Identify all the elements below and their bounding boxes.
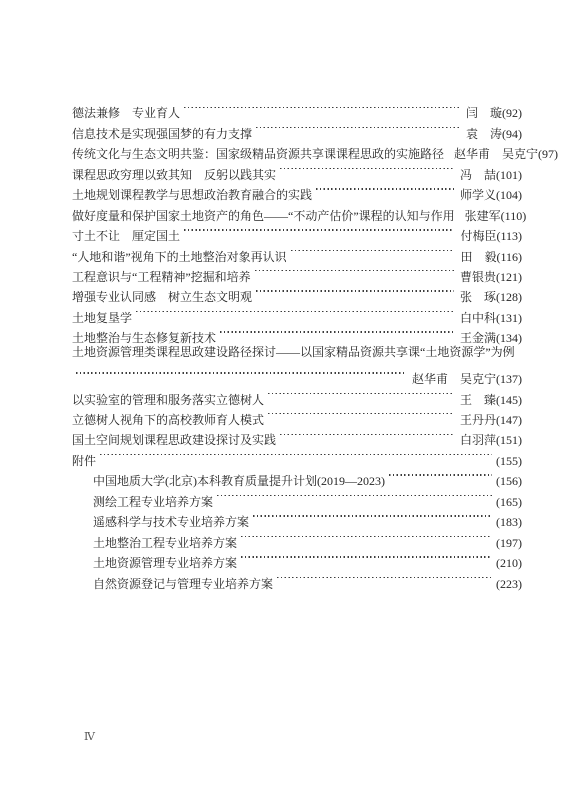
toc-entry-page: (97) xyxy=(538,144,558,164)
toc-entry-authors: 王 臻 xyxy=(460,390,496,410)
toc-entry-title: 寸土不让 厘定国土 xyxy=(72,226,180,246)
dot-leader xyxy=(252,117,464,137)
toc-entry-page: (128) xyxy=(496,287,522,307)
dot-leader xyxy=(287,240,459,260)
toc-entry-page: (137) xyxy=(496,369,522,389)
toc-entry-page: (145) xyxy=(496,390,522,410)
toc-entry-page: (116) xyxy=(496,247,522,267)
toc-entry-page: (131) xyxy=(496,308,522,328)
document-page: 德法兼修 专业育人 闫 璇 (92) 信息技术是实现强国梦的有力支撑 袁 涛 (… xyxy=(0,0,580,800)
toc-entry-authors: 王丹丹 xyxy=(460,410,496,430)
toc-entry-page: (101) xyxy=(496,165,522,185)
dot-leader xyxy=(237,547,496,567)
dot-leader xyxy=(132,301,458,321)
toc-entry-page: (183) xyxy=(496,512,522,532)
toc-entry-appendix-heading: 附件 (155) xyxy=(72,444,522,464)
toc-entry-title: 立德树人视角下的高校教师育人模式 xyxy=(72,410,264,430)
dot-leader xyxy=(213,485,496,505)
toc-entry-authors: 张建军 xyxy=(465,206,501,226)
toc-entry-page: (94) xyxy=(502,124,522,144)
toc-entry-title: 土地资源管理类课程思政建设路径探讨——以国家精品资源共享课“土地资源学”为例 xyxy=(72,342,515,362)
toc-entry-authors: 袁 涛 xyxy=(466,124,502,144)
dot-leader xyxy=(455,199,463,219)
dot-leader xyxy=(444,138,452,158)
toc-entry: 德法兼修 专业育人 闫 璇 (92) xyxy=(72,97,522,117)
dot-leader xyxy=(264,383,458,403)
toc-entry-page: (165) xyxy=(496,492,522,512)
toc-entry: 土地复垦学 白中科 (131) xyxy=(72,301,522,321)
toc-entry-title: 土地整治工程专业培养方案 xyxy=(93,533,237,553)
toc-entry-title: 以实验室的管理和服务落实立德树人 xyxy=(72,390,264,410)
dot-leader xyxy=(180,97,464,117)
toc-entry-page: (155) xyxy=(496,451,522,471)
toc-entry-page: (92) xyxy=(502,103,522,123)
dot-leader xyxy=(237,526,496,546)
toc-entry-page: (156) xyxy=(496,471,522,491)
folio-page-number: Ⅳ xyxy=(84,730,96,743)
dot-leader xyxy=(96,444,496,464)
toc-entry-title: 课程思政穷理以致其知 反躬以践其实 xyxy=(72,165,276,185)
toc-entry-title: 自然资源登记与管理专业培养方案 xyxy=(93,574,273,594)
toc-entry-appendix: 中国地质大学(北京)本科教育质量提升计划(2019—2023) (156) xyxy=(72,465,522,485)
toc-entry-title: 附件 xyxy=(72,451,96,471)
toc-entry-title: 德法兼修 专业育人 xyxy=(72,103,180,123)
toc-entry-page: (151) xyxy=(496,430,522,450)
toc-entry-page: (197) xyxy=(496,533,522,553)
dot-leader xyxy=(264,404,458,424)
toc-entry-page: (104) xyxy=(496,185,522,205)
toc-entry-title: 测绘工程专业培养方案 xyxy=(93,492,213,512)
dot-leader xyxy=(385,465,496,485)
toc-entry-authors: 冯 喆 xyxy=(460,165,496,185)
dot-leader xyxy=(216,322,458,342)
toc-entry-title: 遥感科学与技术专业培养方案 xyxy=(93,512,249,532)
dot-leader xyxy=(252,281,458,301)
dot-leader xyxy=(249,506,496,526)
toc-entry-title: 信息技术是实现强国梦的有力支撑 xyxy=(72,124,252,144)
dot-leader xyxy=(72,363,410,383)
toc-entry-continuation: 赵华甫 吴克宁 (137) xyxy=(72,363,522,383)
toc-entry-authors: 曹银贵 xyxy=(460,267,496,287)
toc-entry-authors: 闫 璇 xyxy=(466,103,502,123)
toc-entry-authors: 付梅臣 xyxy=(460,226,496,246)
toc-entry-authors: 田 毅 xyxy=(460,247,496,267)
dot-leader xyxy=(276,424,458,444)
dot-leader xyxy=(180,220,458,240)
toc-entry-authors: 张 琢 xyxy=(460,287,496,307)
toc-entry: 土地资源管理类课程思政建设路径探讨——以国家精品资源共享课“土地资源学”为例 xyxy=(72,342,522,362)
toc-entry-authors: 白中科 xyxy=(460,308,496,328)
toc-entry-page: (110) xyxy=(501,206,527,226)
toc-entry-title: 工程意识与“工程精神”挖掘和培养 xyxy=(72,267,251,287)
toc-entry-page: (210) xyxy=(496,553,522,573)
toc-entry-title: 土地复垦学 xyxy=(72,308,132,328)
dot-leader xyxy=(251,261,458,281)
toc-entry: 以实验室的管理和服务落实立德树人 王 臻 (145) xyxy=(72,383,522,403)
toc-entry-page: (113) xyxy=(496,226,522,246)
toc-entry-title: 土地规划课程教学与思想政治教育融合的实践 xyxy=(72,185,312,205)
toc-entry-authors: 师学义 xyxy=(460,185,496,205)
table-of-contents: 德法兼修 专业育人 闫 璇 (92) 信息技术是实现强国梦的有力支撑 袁 涛 (… xyxy=(72,97,522,588)
toc-entry-page: (223) xyxy=(496,574,522,594)
dot-leader xyxy=(276,158,458,178)
toc-entry: 土地整治与生态修复新技术 王金满 (134) xyxy=(72,322,522,342)
toc-entry-page: (121) xyxy=(496,267,522,287)
toc-entry-authors: 赵华甫 吴克宁 xyxy=(454,144,538,164)
dot-leader xyxy=(312,179,458,199)
toc-entry-page: (147) xyxy=(496,410,522,430)
dot-leader xyxy=(273,567,496,587)
toc-entry-title: 土地资源管理专业培养方案 xyxy=(93,553,237,573)
